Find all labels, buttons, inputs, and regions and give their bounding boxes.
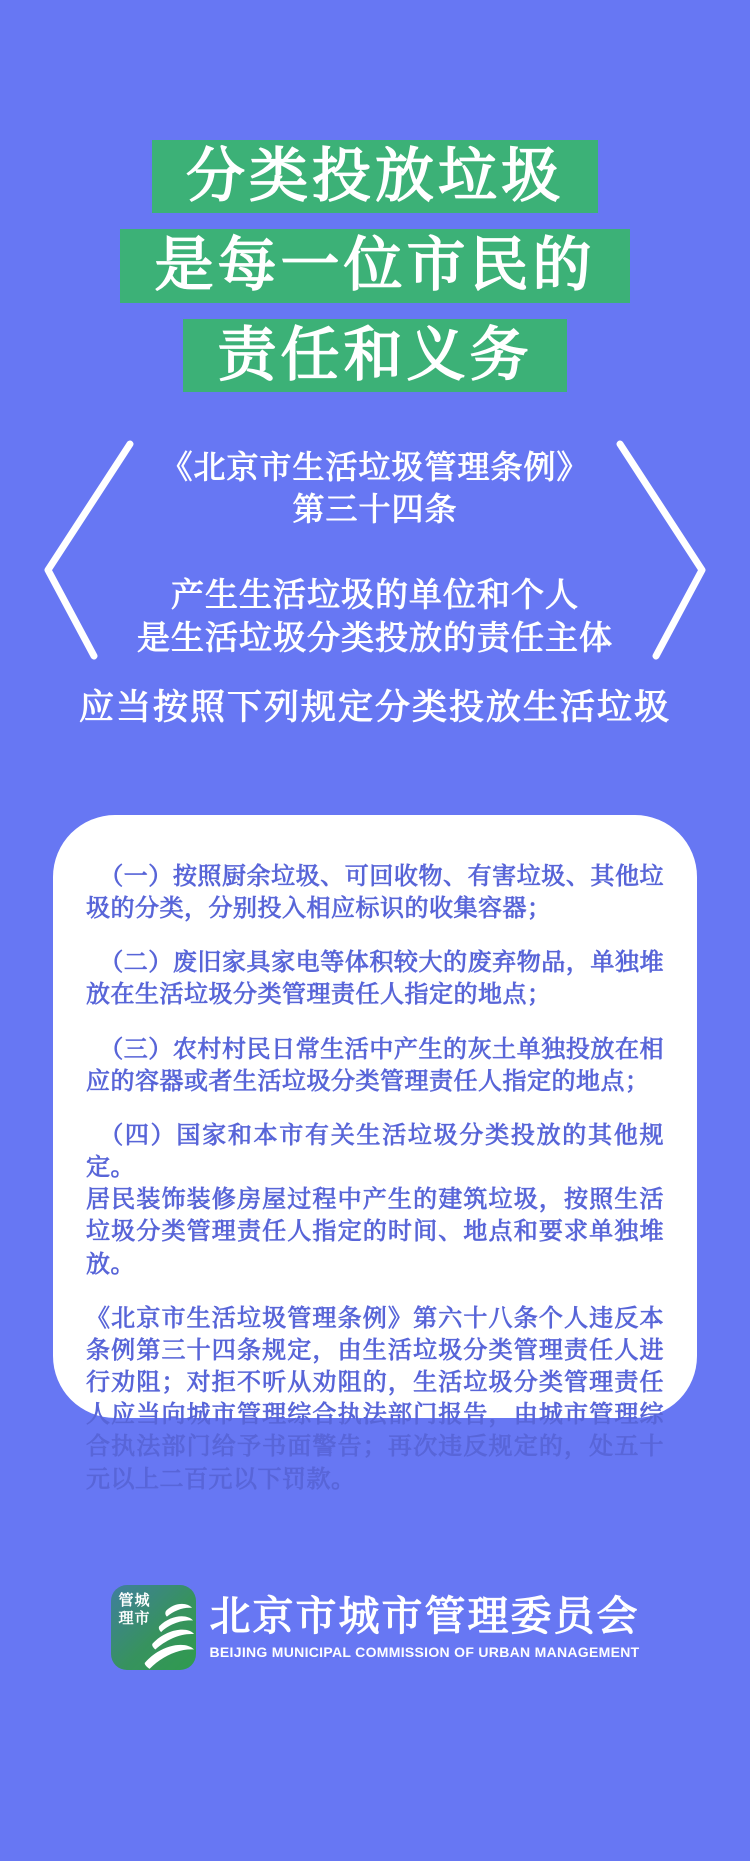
rule-item-1: （一）按照厨余垃圾、可回收物、有害垃圾、其他垃圾的分类，分别投入相应标识的收集容…: [86, 861, 664, 925]
agency-name-en: BEIJING MUNICIPAL COMMISSION OF URBAN MA…: [210, 1644, 640, 1660]
penalty-paragraph: 《北京市生活垃圾管理条例》第六十八条个人违反本条例第三十四条规定，由生活垃圾分类…: [86, 1303, 664, 1496]
agency-name-zh: 北京市城市管理委员会: [210, 1595, 640, 1638]
rule-item-3: （三）农村村民日常生活中产生的灰土单独投放在相应的容器或者生活垃圾分类管理责任人…: [86, 1034, 664, 1098]
citation-body-line-2: 是生活垃圾分类投放的责任主体: [0, 617, 750, 660]
swoosh-tower-icon: [136, 1600, 194, 1670]
title-line-1: 分类投放垃圾: [152, 140, 598, 213]
poster-title: 分类投放垃圾 是每一位市民的 责任和义务: [0, 140, 750, 408]
rules-card: （一）按照厨余垃圾、可回收物、有害垃圾、其他垃圾的分类，分别投入相应标识的收集容…: [53, 815, 697, 1418]
garbage-sorting-poster: 分类投放垃圾 是每一位市民的 责任和义务 《北京市生活垃圾管理条例》 第三十四条…: [0, 0, 750, 1861]
citation-source-line-1: 《北京市生活垃圾管理条例》: [0, 446, 750, 488]
rule-item-2: （二）废旧家具家电等体积较大的废弃物品，单独堆放在生活垃圾分类管理责任人指定的地…: [86, 947, 664, 1011]
instruction-line: 应当按照下列规定分类投放生活垃圾: [0, 680, 750, 730]
footer: 管城 理市 北京市城市管理委员会 BEIJING MUNICIPAL COMMI…: [0, 1585, 750, 1670]
rule-item-4: （四）国家和本市有关生活垃圾分类投放的其他规定。 居民装饰装修房屋过程中产生的建…: [86, 1120, 664, 1281]
citation-source-line-2: 第三十四条: [0, 488, 750, 530]
title-row: 责任和义务: [0, 319, 750, 392]
agency-logo-badge: 管城 理市: [111, 1585, 196, 1670]
title-row: 分类投放垃圾: [0, 140, 750, 213]
title-line-2: 是每一位市民的: [120, 229, 629, 302]
title-line-3: 责任和义务: [183, 319, 566, 392]
regulation-citation: 《北京市生活垃圾管理条例》 第三十四条 产生生活垃圾的单位和个人 是生活垃圾分类…: [0, 446, 750, 660]
citation-gap: [0, 530, 750, 574]
citation-body-line-1: 产生生活垃圾的单位和个人: [0, 574, 750, 617]
title-row: 是每一位市民的: [0, 229, 750, 302]
agency-name-block: 北京市城市管理委员会 BEIJING MUNICIPAL COMMISSION …: [210, 1595, 640, 1660]
